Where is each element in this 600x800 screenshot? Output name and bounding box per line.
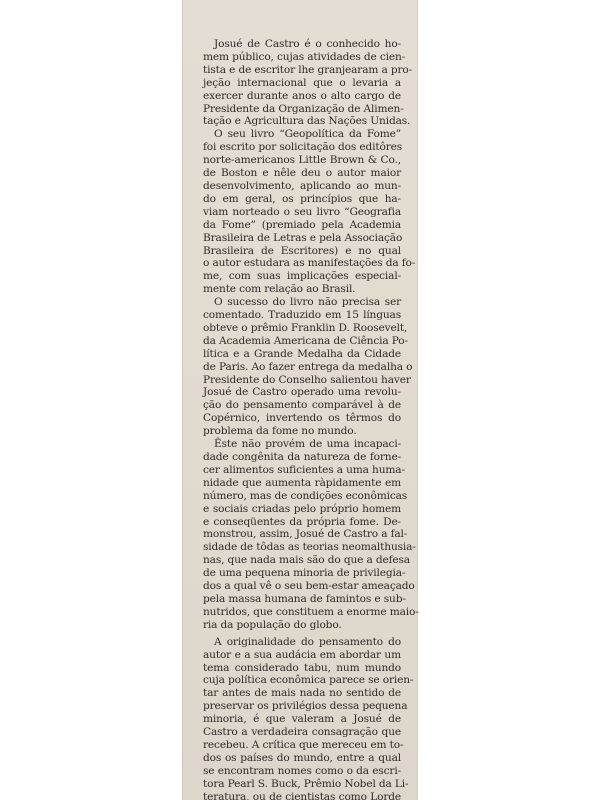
text-line: Josué de Castro operado uma revolu- [203,386,401,399]
text-line: tação e Agricultura das Nações Unidas. [203,115,401,128]
text-line: Presidente da Organização de Alimen- [203,103,401,116]
text-line: Castro a verdadeira consagração que [203,726,401,739]
text-line: autor e a sua audácia em abordar um [203,649,401,662]
paragraph-3: O sucesso do livro não precisa ser comen… [203,296,401,438]
text-line: tar antes de mais nada no sentido de [203,687,401,700]
text-line: recebeu. A crítica que mereceu em to- [203,739,401,752]
text-line: do em geral, os princípios que ha- [203,193,401,206]
text-line: comentado. Traduzido em 15 línguas [203,309,401,322]
text-column: Josué de Castro é o conhecido ho- mem pú… [203,38,401,800]
text-line: Copérnico, invertendo os têrmos do [203,412,401,425]
text-line: e conseqüentes da própria fome. De- [203,516,401,529]
text-line: mente com relação ao Brasil. [203,283,401,296]
text-line: de Paris. Ao fazer entrega da medalha o [203,361,401,374]
text-line: Brasileira de Escritores) e no qual [203,245,401,258]
text-line: viam norteado o seu livro “Geografia [203,206,401,219]
text-line: Êste não provém de uma incapaci- [203,438,401,451]
text-line: problema da fome no mundo. [203,425,401,438]
text-line: da Academia Americana de Ciência Po- [203,335,401,348]
text-line: nidade que aumenta ràpidamente em [203,477,401,490]
paragraph-2: O seu livro “Geopolítica da Fome” foi es… [203,128,401,296]
text-line: se encontram nomes como o da escri- [203,765,401,778]
text-line: número, mas de condições econômicas [203,490,401,503]
text-line: ria da população do globo. [203,619,401,632]
text-line: Josué de Castro é o conhecido ho- [203,38,401,51]
text-line: mem público, cujas atividades de cien- [203,51,401,64]
text-line: Presidente do Conselho salientou haver [203,374,401,387]
text-line: monstrou, assim, Josué de Castro a fal- [203,528,401,541]
text-line: me, com suas implicações especial- [203,270,401,283]
text-line: sidade de tôdas as teorias neomalthusia- [203,541,401,554]
text-line: tema considerado tabu, num mundo [203,662,401,675]
text-line: Brasileira de Letras e pela Associação [203,232,401,245]
text-line: lítica e a Grande Medalha da Cidade [203,348,401,361]
text-line: foi escrito por solicitação dos editôres [203,141,401,154]
text-line: nutridos, que constituem a enorme maio- [203,606,401,619]
text-line: O seu livro “Geopolítica da Fome” [203,128,401,141]
text-line: dos os países do mundo, entre a qual [203,752,401,765]
text-line: cer alimentos suficientes a uma huma- [203,464,401,477]
text-line: obteve o prêmio Franklin D. Roosevelt, [203,322,401,335]
paragraph-5: A originalidade do pensamento do autor e… [203,636,401,800]
text-line: ção do pensamento comparável à de [203,399,401,412]
text-line: exercer durante anos o alto cargo de [203,90,401,103]
text-line: tista e de escritor lhe granjearam a pro… [203,64,401,77]
text-line: da Fome” (premiado pela Academia [203,219,401,232]
text-line: cuja política econômica parece se orien- [203,674,401,687]
text-line: desenvolvimento, aplicando ao mun- [203,180,401,193]
paragraph-4: Êste não provém de uma incapaci- dade co… [203,438,401,632]
text-line: de Boston e nêle deu o autor maior [203,167,401,180]
text-line: tora Pearl S. Buck, Prêmio Nobel da Li- [203,778,401,791]
text-line: teratura, ou de cientistas como Lorde [203,791,401,800]
text-line: e sociais criadas pelo próprio homem [203,503,401,516]
text-line: de uma pequena minoria de privilegia- [203,567,401,580]
text-line: preservar os privilégios dessa pequena [203,700,401,713]
text-line: nas, que nada mais são do que a defesa [203,554,401,567]
text-line: minoria, é que valeram a Josué de [203,713,401,726]
text-line: jeção internacional que o levaria a [203,77,401,90]
text-line: O sucesso do livro não precisa ser [203,296,401,309]
text-line: dade congênita da natureza de forne- [203,451,401,464]
paragraph-1: Josué de Castro é o conhecido ho- mem pú… [203,38,401,128]
text-line: o autor estudara as manifestações da fo- [203,257,401,270]
text-line: norte-americanos Little Brown & Co., [203,154,401,167]
text-line: pela massa humana de famintos e sub- [203,593,401,606]
text-line: dos a qual vê o seu bem-estar ameaçado [203,580,401,593]
book-flap-page: Josué de Castro é o conhecido ho- mem pú… [182,0,418,800]
text-line: A originalidade do pensamento do [203,636,401,649]
